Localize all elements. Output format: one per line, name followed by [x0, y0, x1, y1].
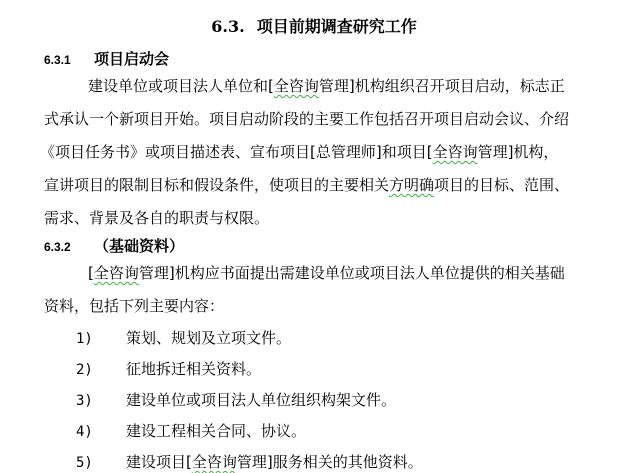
list-number: 3): [76, 385, 126, 418]
section-heading: 6.3.项目前期调查研究工作: [0, 14, 628, 37]
subsection-title: （基础资料）: [94, 237, 184, 255]
list-item: 2)征地拆迁相关资料。: [76, 353, 261, 387]
list-item: 5)建设项目[全咨询管理]服务相关的其他资料。: [76, 446, 423, 473]
list-number: 4): [76, 416, 126, 449]
list-number: 5): [76, 447, 126, 473]
subsection-heading-1: 6.3.1项目启动会: [44, 48, 169, 69]
paragraph-line: 宣讲项目的限制目标和假设条件，使项目的主要相关方明确项目的目标、范围、: [44, 169, 569, 202]
list-number: 1): [76, 323, 126, 356]
list-item: 3)建设单位或项目法人单位组织构架文件。: [76, 384, 396, 418]
paragraph-line: 建设单位或项目法人单位和[全咨询管理]机构组织召开项目启动，标志正: [88, 70, 565, 103]
section-title: 项目前期调查研究工作: [257, 17, 417, 36]
paragraph-line: 式承认一个新项目开始。项目启动阶段的主要工作包括召开项目启动会议、介绍: [44, 103, 569, 136]
subsection-number: 6.3.2: [44, 240, 94, 254]
section-number: 6.3.: [211, 17, 244, 36]
paragraph-line: 《项目任务书》或项目描述表、宣布项目[总管理师]和项目[全咨询管理]机构，: [40, 136, 558, 169]
list-item: 4)建设工程相关合同、协议。: [76, 415, 306, 449]
paragraph-line: [全咨询管理]机构应书面提出需建设单位或项目法人单位提供的相关基础: [88, 257, 565, 290]
paragraph-line: 需求、背景及各自的职责与权限。: [44, 202, 269, 235]
subsection-title: 项目启动会: [94, 50, 169, 68]
paragraph-line: 资料，包括下列主要内容：: [44, 290, 224, 323]
subsection-number: 6.3.1: [44, 53, 94, 67]
list-item: 1)策划、规划及立项文件。: [76, 322, 291, 356]
subsection-heading-2: 6.3.2（基础资料）: [44, 235, 184, 256]
list-number: 2): [76, 354, 126, 387]
